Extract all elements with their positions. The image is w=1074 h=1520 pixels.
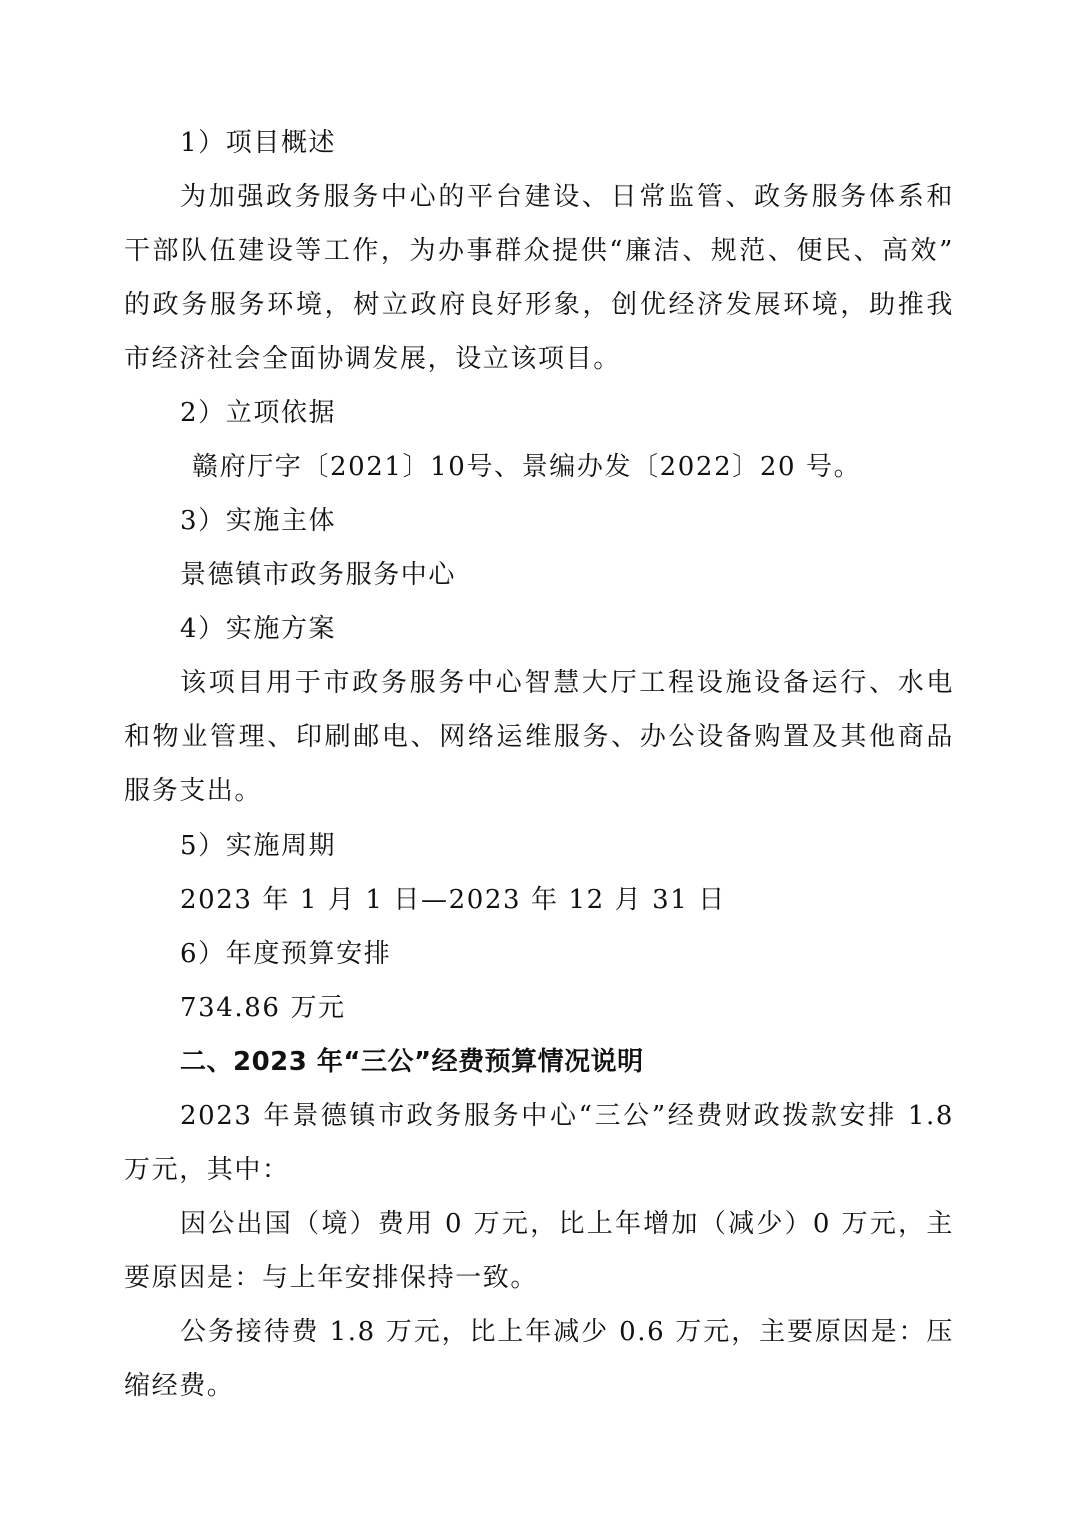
paragraph-line: 734.86 万元 [180, 991, 954, 1025]
paragraph-line: 干部队伍建设等工作，为办事群众提供“廉洁、规范、便民、高效” [124, 234, 954, 268]
paragraph-line: 2023 年 1 月 1 日—2023 年 12 月 31 日 [180, 883, 954, 917]
paragraph-line: 万元，其中： [124, 1153, 954, 1187]
paragraph-line: 因公出国（境）费用 0 万元，比上年增加（减少）0 万元，主 [180, 1207, 954, 1241]
paragraph-line: 要原因是：与上年安排保持一致。 [124, 1261, 954, 1295]
paragraph-line: 公务接待费 1.8 万元，比上年减少 0.6 万元，主要原因是：压 [180, 1315, 954, 1349]
subheading-implementing-entity: 3）实施主体 [180, 504, 954, 538]
paragraph-line: 2023 年景德镇市政务服务中心“三公”经费财政拨款安排 1.8 [180, 1099, 954, 1133]
paragraph-line: 缩经费。 [124, 1369, 954, 1403]
paragraph-line: 该项目用于市政务服务中心智慧大厅工程设施设备运行、水电 [180, 666, 954, 700]
document-page: 1）项目概述 为加强政务服务中心的平台建设、日常监管、政务服务体系和 干部队伍建… [0, 0, 1074, 1520]
subheading-implementation-plan: 4）实施方案 [180, 612, 954, 646]
section-heading-three-public-expenses: 二、2023 年“三公”经费预算情况说明 [180, 1045, 954, 1079]
subheading-annual-budget: 6）年度预算安排 [180, 937, 954, 971]
paragraph-line: 市经济社会全面协调发展，设立该项目。 [124, 342, 954, 376]
subheading-project-basis: 2）立项依据 [180, 396, 954, 430]
paragraph-line: 的政务服务环境，树立政府良好形象，创优经济发展环境，助推我 [124, 288, 954, 322]
subheading-project-overview: 1）项目概述 [180, 126, 954, 160]
paragraph-line: 赣府厅字〔2021〕10号、景编办发〔2022〕20 号。 [192, 450, 1022, 484]
paragraph-line: 服务支出。 [124, 774, 954, 808]
paragraph-line: 和物业管理、印刷邮电、网络运维服务、办公设备购置及其他商品 [124, 720, 954, 754]
subheading-implementation-period: 5）实施周期 [180, 829, 954, 863]
paragraph-line: 景德镇市政务服务中心 [180, 558, 954, 592]
paragraph-line: 为加强政务服务中心的平台建设、日常监管、政务服务体系和 [180, 180, 954, 214]
